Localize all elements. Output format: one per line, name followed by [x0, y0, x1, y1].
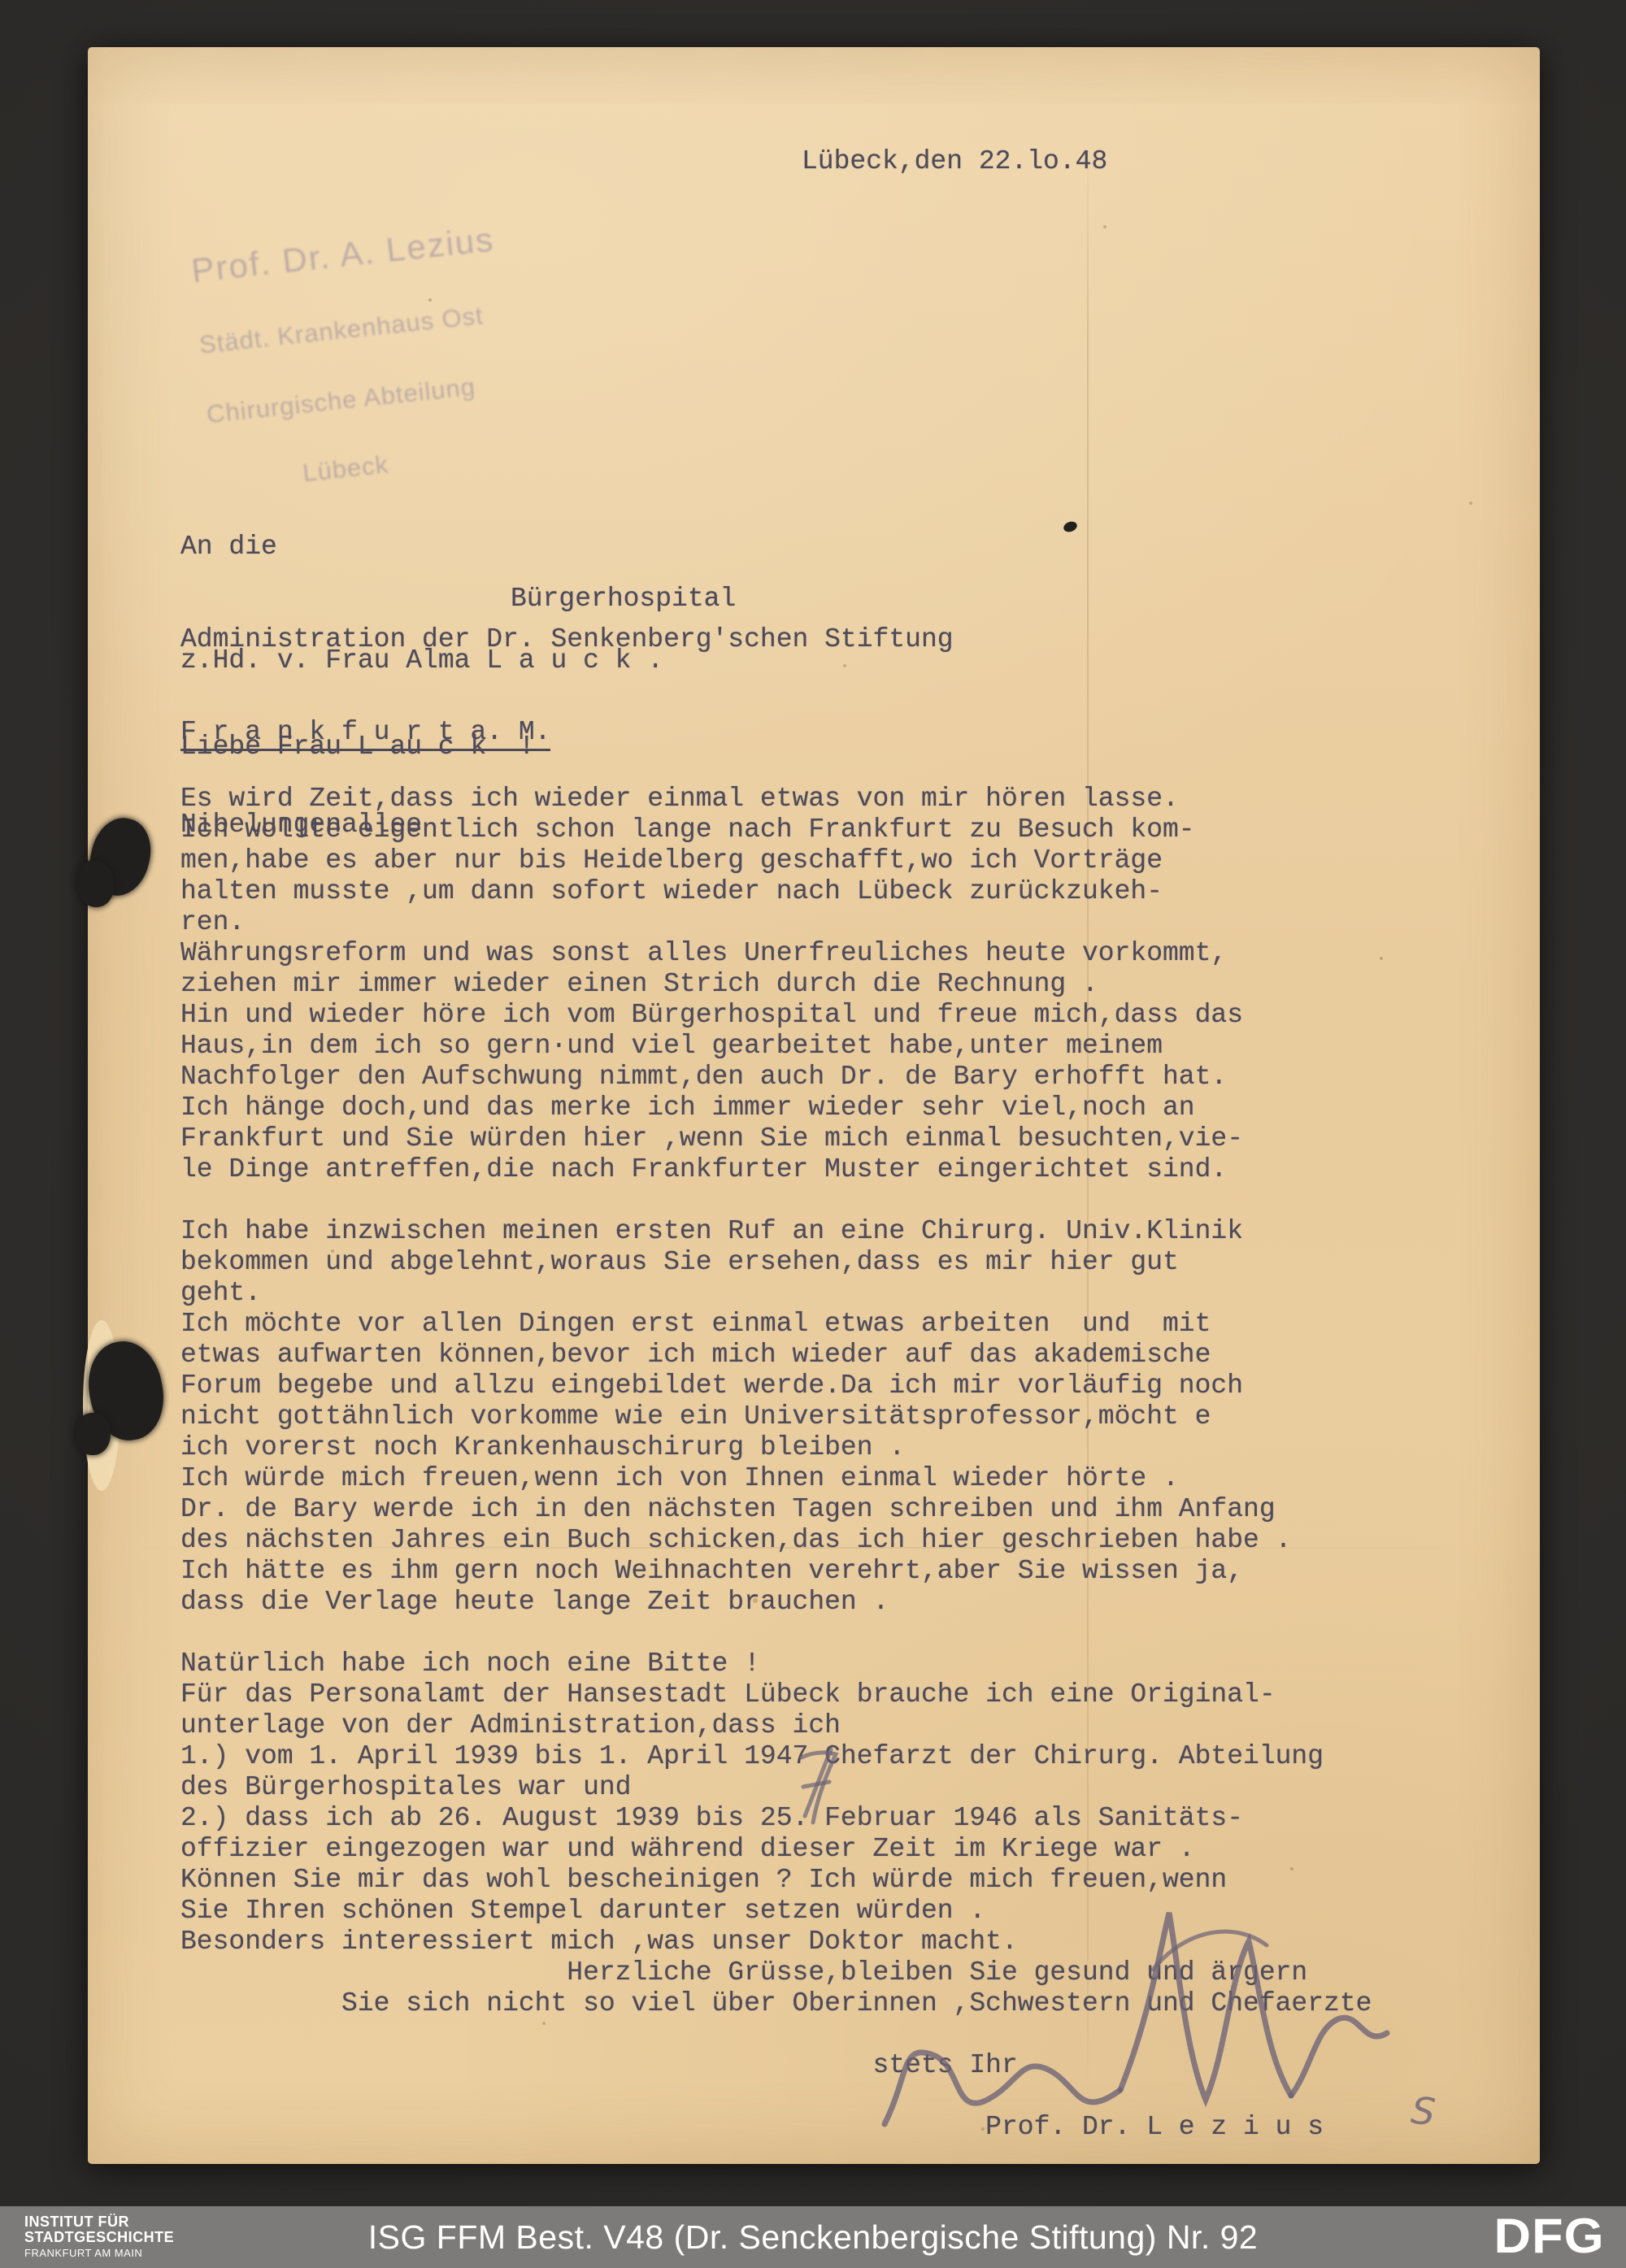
- text-line: geht.: [180, 1278, 1372, 1309]
- address-attention-line: z.Hd. v. Frau Alma L a u c k .: [180, 645, 663, 676]
- text-line: Es wird Zeit,dass ich wieder einmal etwa…: [180, 784, 1372, 815]
- text-line: Ich möchte vor allen Dingen erst einmal …: [180, 1309, 1372, 1340]
- salutation: Liebe Frau L au c k !: [180, 732, 535, 763]
- text-line: etwas aufwarten können,bevor ich mich wi…: [180, 1340, 1372, 1371]
- paper-speckles: [88, 47, 89, 49]
- text-line: ich vorerst noch Krankenhauschirurg blei…: [180, 1432, 1372, 1463]
- text-line: Frankfurt und Sie würden hier ,wenn Sie …: [180, 1123, 1372, 1154]
- stamp-name: Prof. Dr. A. Lezius: [189, 219, 496, 290]
- text-line: Forum begebe und allzu eingebildet werde…: [180, 1371, 1372, 1401]
- text-line: men,habe es aber nur bis Heidelberg gesc…: [180, 845, 1372, 876]
- text-line: unterlage von der Administration,dass ic…: [180, 1710, 1372, 1741]
- archival-annotation: S: [1409, 2088, 1437, 2135]
- text-line: [180, 1185, 1372, 1216]
- footer-bar: INSTITUT FÜR STADTGESCHICHTE FRANKFURT A…: [0, 2206, 1626, 2268]
- text-line: offizier eingezogen war und während dies…: [180, 1834, 1372, 1865]
- text-line: Nachfolger den Aufschwung nimmt,den auch…: [180, 1062, 1372, 1093]
- text-line: des nächsten Jahres ein Buch schicken,da…: [180, 1525, 1372, 1556]
- text-line: dass die Verlage heute lange Zeit brauch…: [180, 1587, 1372, 1618]
- text-line: 2.) dass ich ab 26. August 1939 bis 25. …: [180, 1803, 1372, 1834]
- text-line: ziehen mir immer wieder einen Strich dur…: [180, 969, 1372, 1000]
- text-line: le Dinge antreffen,die nach Frankfurter …: [180, 1154, 1372, 1185]
- text-line: Natürlich habe ich noch eine Bitte !: [180, 1649, 1372, 1679]
- text-line: 1.) vom 1. April 1939 bis 1. April 1947 …: [180, 1741, 1372, 1772]
- stamp-department: Chirurgische Abteilung: [205, 368, 511, 429]
- text-line: bekommen und abgelehnt,woraus Sie ersehe…: [180, 1247, 1372, 1278]
- text-line: Für das Personalamt der Hansestadt Lübec…: [180, 1679, 1372, 1710]
- archive-reference: ISG FFM Best. V48 (Dr. Senckenbergische …: [0, 2218, 1626, 2257]
- text-line: Dr. de Bary werde ich in den nächsten Ta…: [180, 1494, 1372, 1525]
- date-line: Lübeck,den 22.lo.48: [802, 146, 1107, 177]
- photographed-letter-page: { "colors": { "background": "#2b2927", "…: [0, 0, 1626, 2268]
- text-line: ren.: [180, 907, 1372, 938]
- text-line: Haus,in dem ich so gern·und viel gearbei…: [180, 1031, 1372, 1062]
- ink-spot: [1062, 519, 1078, 533]
- text-line: Ich würde mich freuen,wenn ich von Ihnen…: [180, 1463, 1372, 1494]
- handwritten-seven-correction: [793, 1744, 846, 1834]
- dfg-logo: DFG: [1494, 2208, 1605, 2264]
- punch-hole: [75, 1413, 111, 1455]
- address-hospital: Bürgerhospital: [511, 584, 736, 615]
- stamp-hospital: Städt. Krankenhaus Ost: [198, 299, 503, 360]
- address-salutation: An die: [180, 532, 954, 563]
- text-line: Ich hänge doch,und das merke ich immer w…: [180, 1093, 1372, 1123]
- text-line: halten musste ,um dann sofort wieder nac…: [180, 876, 1372, 907]
- signature-scribble: [860, 1880, 1446, 2173]
- text-line: nicht gottähnlich vorkomme wie ein Unive…: [180, 1401, 1372, 1432]
- text-line: Ich habe inzwischen meinen ersten Ruf an…: [180, 1216, 1372, 1247]
- text-line: Ich wollte eigentlich schon lange nach F…: [180, 815, 1372, 845]
- text-line: Ich hätte es ihm gern noch Weihnachten v…: [180, 1556, 1372, 1587]
- letter-paper: Prof. Dr. A. Lezius Städt. Krankenhaus O…: [88, 47, 1540, 2164]
- text-line: des Bürgerhospitales war und: [180, 1772, 1372, 1803]
- text-line: Währungsreform und was sonst alles Unerf…: [180, 938, 1372, 969]
- text-line: Hin und wieder höre ich vom Bürgerhospit…: [180, 1000, 1372, 1031]
- text-line: [180, 1618, 1372, 1649]
